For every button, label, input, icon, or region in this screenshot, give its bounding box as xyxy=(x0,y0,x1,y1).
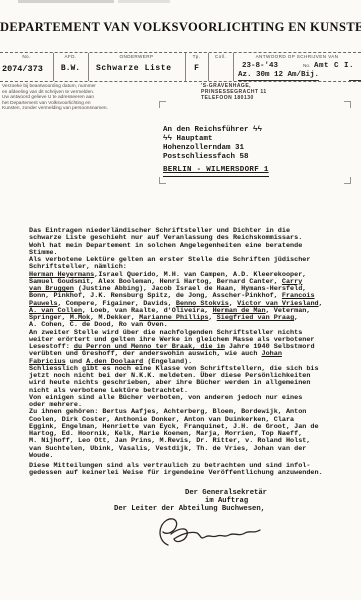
text-line: Postschliessfach 58 xyxy=(163,153,269,162)
text-line: Kunsten, zonder vermelding van persoonsn… xyxy=(2,106,160,112)
field-tp-label: Tp. xyxy=(185,54,208,59)
handwritten-signature xyxy=(150,514,280,552)
recipient-address: An den Reichsführer ϟϟϟϟ HauptamtHohenzo… xyxy=(163,126,269,177)
text-line: Hohenzollerndam 31 xyxy=(163,144,269,153)
text-line: gedessen auf keinerlei Weise für irgende… xyxy=(29,470,343,477)
field-antwoord-az: Az. 30m 12 Am/Bij. xyxy=(238,71,319,81)
closing-department-head: Der Leiter der Abteilung Buchwesen, xyxy=(114,505,265,513)
text-line: ϟϟ Hauptamt xyxy=(163,135,269,144)
window-corner-mark xyxy=(159,101,166,108)
scan-artifact xyxy=(18,0,114,3)
header-form-table: No. 2074/373 AFD. B.W. ONDERWERP Schwarz… xyxy=(0,52,361,82)
field-coll-label: Coll. xyxy=(208,54,233,59)
field-antwoord-label: ANTWOORD OP SCHRIJVEN VAN xyxy=(233,54,361,59)
reply-instructions: Verzoeke bij beantwoording datum, nummer… xyxy=(2,84,160,112)
recipient-lines: An den Reichsführer ϟϟϟϟ HauptamtHohenzo… xyxy=(163,126,269,162)
closing-title: Der Generalsekretär xyxy=(185,489,267,497)
field-coll: Coll. xyxy=(208,53,234,81)
letter-body: Das Eintragen niederländischer Schriftst… xyxy=(29,228,343,460)
field-onderwerp-value: Schwarze Liste xyxy=(96,64,172,73)
field-tp-value: F xyxy=(185,64,208,73)
text-line: Wohl hat mein Departement in solchen Ang… xyxy=(29,243,343,250)
scanned-letter-page: DEPARTEMENT VAN VOLKSVOORLICHTING EN KUN… xyxy=(0,0,361,600)
closing-im-auftrag: im Auftrag xyxy=(205,497,248,505)
sender-address: 'S-GRAVENHAGE,PRINSESSEGRACHT 11TELEFOON… xyxy=(201,84,267,101)
field-antwoord-date: 23-8-'43 xyxy=(242,62,278,70)
field-antwoord: ANTWOORD OP SCHRIJVEN VAN 23-8-'43 No. A… xyxy=(233,53,361,81)
scan-artifact xyxy=(118,0,170,3)
field-antwoord-no-label: No. xyxy=(303,63,310,68)
window-corner-mark xyxy=(344,101,351,108)
field-afdeling: AFD. B.W. xyxy=(53,53,89,81)
underline-mark xyxy=(349,80,361,81)
text-line: Woude. xyxy=(29,453,343,460)
window-corner-mark xyxy=(344,177,351,184)
field-number-value: 2074/373 xyxy=(2,64,43,74)
text-line: van Suchtelen, Ubink, Vasalis, Vestdijk,… xyxy=(29,446,343,453)
field-afdeling-label: AFD. xyxy=(53,54,88,59)
confidential-paragraph: Diese Mitteilungen sind als vertraulich … xyxy=(29,463,343,478)
field-afdeling-value: B.W. xyxy=(53,64,88,73)
field-antwoord-no-value: Amt C I. xyxy=(314,62,354,70)
field-tp: Tp. F xyxy=(185,53,209,81)
window-corner-mark xyxy=(159,177,166,184)
recipient-city: BERLIN - WILMERSDORF 1 xyxy=(163,166,269,177)
field-onderwerp: ONDERWERP Schwarze Liste xyxy=(88,53,186,81)
text-line: TELEFOON 180130 xyxy=(201,96,267,102)
field-number-label: No. xyxy=(0,54,53,59)
field-number: No. 2074/373 xyxy=(0,53,54,81)
page-title: DEPARTEMENT VAN VOLKSVOORLICHTING EN KUN… xyxy=(0,20,361,35)
field-onderwerp-label: ONDERWERP xyxy=(88,54,185,59)
text-line: An den Reichsführer ϟϟ xyxy=(163,126,269,135)
